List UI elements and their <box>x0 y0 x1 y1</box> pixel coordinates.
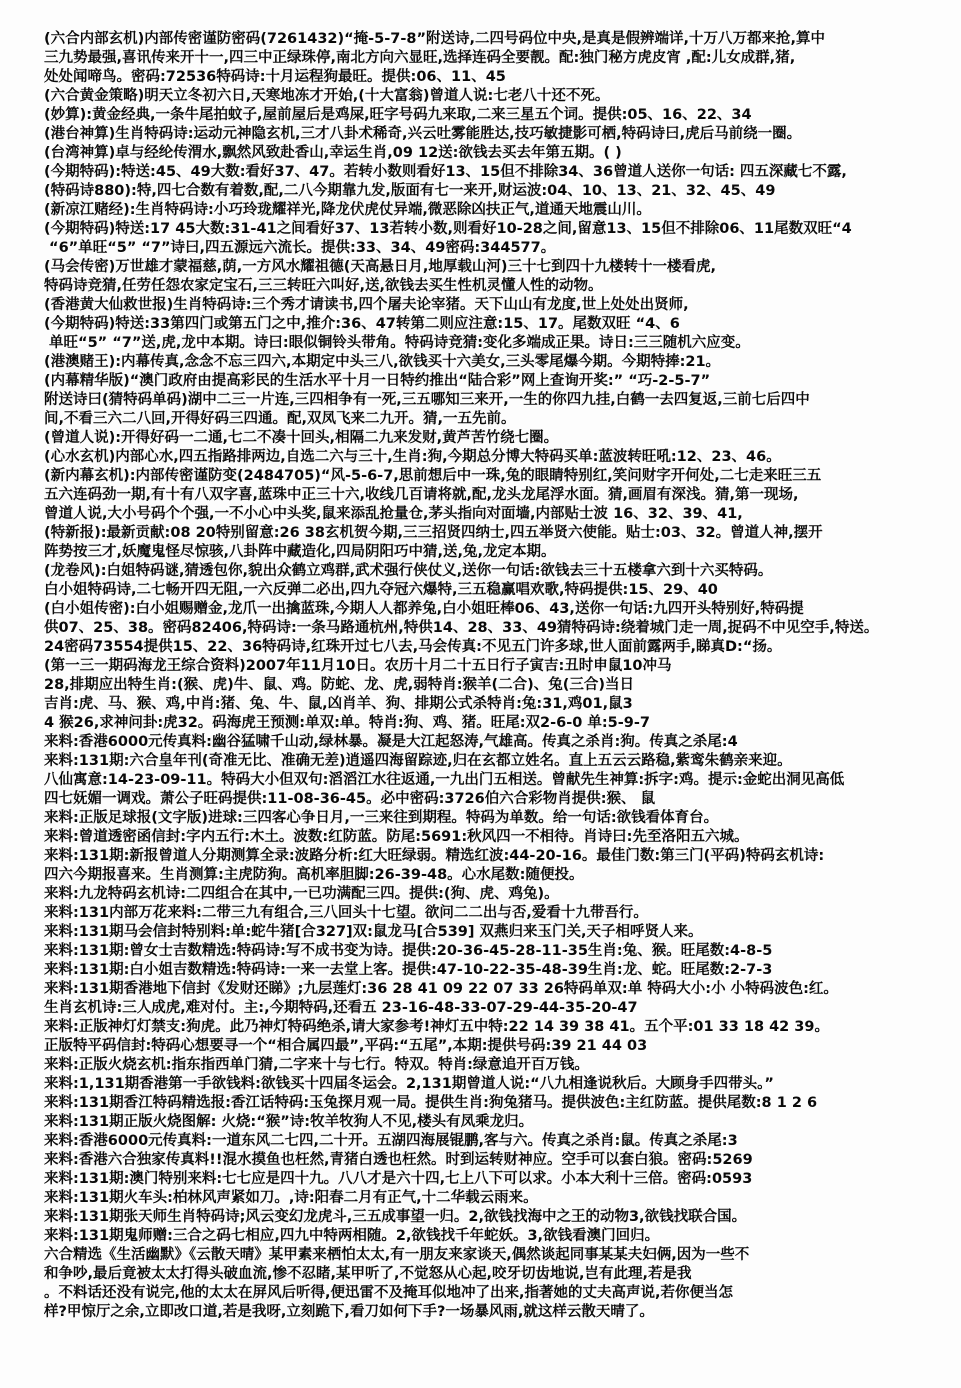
text-line: 来料:香港六合独家传真料!!混水摸鱼也枉然,青猪白透也枉然。时到运转财神应。空手… <box>44 1151 944 1170</box>
text-line: 样?甲惊厅之余,立即改口道,若是我呀,立刻跪下,看刀如何下手?一场暴风雨,就这样… <box>44 1303 944 1322</box>
text-line: 来料:1,131期香港第一手欲钱料:欲钱买十四届冬运会。2,131期曾道人说:“… <box>44 1075 944 1094</box>
text-line: 五六连码劲一期,有十有八双字喜,蓝珠中正三十六,收线几百请将就,配,龙头龙尾浮水… <box>44 486 944 505</box>
text-line: 间,不看三六二八回,开得好码三四通。配,双凤飞来二九开。猜,一五先前。 <box>44 410 944 429</box>
text-line: (六合内部玄机)内部传密谨防密码(7261432)“掩-5-7-8”附送诗,二四… <box>44 30 944 49</box>
text-line: 单旺“5” “7”送,虎,龙中本期。诗曰:眼似铜铃头带角。特码诗竞猜:变化多端成… <box>44 334 944 353</box>
text-line: 来料:香港6000元传真料:幽谷猛啸千山动,绿林暴。凝是大江起怒涛,气雄高。传真… <box>44 733 944 752</box>
text-line: (今期特码)特送:17 45大数:31-41之间看好37、13若转小数,则看好1… <box>44 220 944 239</box>
text-line: (第一三一期码海龙王综合资料)2007年11月10日。农历十月二十五日行子寅吉:… <box>44 657 944 676</box>
text-line: 白小姐特码诗,二七畅开四无阻,一六反弹二必出,四九夺冠六爆特,三五稳赢唱欢歌,特… <box>44 581 944 600</box>
text-line: 28,排期应出特生肖:(猴、虎)牛、鼠、鸡。防蛇、龙、虎,弱特肖:猴羊(二合)、… <box>44 676 944 695</box>
text-line: 阵势按三才,妖魔鬼怪尽惊骇,八卦阵中藏造化,四局阴阳巧中猜,送,兔,龙定本期。 <box>44 543 944 562</box>
text-line: 来料:131期香港地下信封《发财还睇》;九层莲灯:36 28 41 09 22 … <box>44 980 944 999</box>
text-line: (马会传密)万世雄才蒙福慈,荫,一方风水耀祖德(天高悬日月,地厚载山河)三十七到… <box>44 258 944 277</box>
text-line: 附送诗曰(猜特码单码)湖中二三一片连,三四相争有一死,三五哪知三来开,一生的你四… <box>44 391 944 410</box>
text-line: 24密码73554提供15、22、36特码诗,红珠开过七八去,马会传真:不见五门… <box>44 638 944 657</box>
text-line: 曾道人说,大小号码个个强,一不小心中头奖,鼠来添乱抢量仓,茅头指向对面墙,内部贴… <box>44 505 944 524</box>
text-line: 来料:131期正版火烧图解: 火烧:“猴”诗:牧羊牧狗人不见,楼头有凤乘龙归。 <box>44 1113 944 1132</box>
text-line: (白小姐传密):白小姐赐赠金,龙爪一出擒蓝珠,今期人人都养兔,白小姐旺棒06、4… <box>44 600 944 619</box>
text-line: “6”单旺“5” “7”诗曰,四五源远六流长。提供:33、34、49密码:344… <box>44 239 944 258</box>
text-line: 来料:131期:澳门特别来料:七七应是四十九。八八才是六十四,七上八下可以求。小… <box>44 1170 944 1189</box>
text-line: 来料:曾道透密函信封:字内五行:木土。波数:红防蓝。防尾:5691:秋风四一不相… <box>44 828 944 847</box>
text-line: 来料:正版火烧玄机:指东指西单门猜,二字来十与七行。特双。特肖:绿意追开百万钱。 <box>44 1056 944 1075</box>
text-line: (今期特码):特送:45、49大数:看好37、47。若转小数则看好13、15但不… <box>44 163 944 182</box>
text-line: 来料:131期马会信封特别料:单:蛇牛猪[合327]双:鼠龙马[合539] 双燕… <box>44 923 944 942</box>
text-line: 来料:131期:白小姐吉数精选:特码诗:一来一去堂上客。提供:47-10-22-… <box>44 961 944 980</box>
text-line: 来料:131期火车头:柏林风声紧如刀。,诗:阳春二月有正气,十二华载云雨来。 <box>44 1189 944 1208</box>
text-line: 4 猴26,求神问卦:虎32。码海虎王预测:单双:单。特肖:狗、鸡、猪。旺尾:双… <box>44 714 944 733</box>
text-line: (台湾神算)卓与经纶传渭水,飘然风致赴香山,幸运生肖,09 12送:欲钱去买去年… <box>44 144 944 163</box>
text-line: 来料:131期:六合皇年刊(奇准无比、准确无差)逍遥四海留踪迹,归在玄都立姓名。… <box>44 752 944 771</box>
document-page: (六合内部玄机)内部传密谨防密码(7261432)“掩-5-7-8”附送诗,二四… <box>0 0 961 1388</box>
text-line: (心水玄机)内部心水,四五指路排两边,自选二六与三十,生肖:狗,今期总分博大特码… <box>44 448 944 467</box>
text-line: (特新报):最新贡献:08 20特别留意:26 38玄机贺今期,三三招贤四纳士,… <box>44 524 944 543</box>
text-line: (新内幕玄机):内部传密谨防变(2484705)“风-5-6-7,思前想后中一珠… <box>44 467 944 486</box>
text-line: 吉肖:虎、马、猴、鸡,中肖:猪、兔、牛、鼠,凶肖羊、狗、排期公式杀特肖:兔:31… <box>44 695 944 714</box>
text-line: 四六今期报喜来。生肖测算:主虎防狗。高机率胆脚:26-39-48。心水尾数:随便… <box>44 866 944 885</box>
text-line: 来料:正版神灯灯禁支:狗虎。此乃神灯特码绝杀,请大家参考!神灯五中特:22 14… <box>44 1018 944 1037</box>
text-line: (港澳赌王):内幕传真,念念不忘三四六,本期定中头三八,欲钱买十六美女,三头零尾… <box>44 353 944 372</box>
text-line: (妙算):黄金经典,一条牛尾拍蚊子,屋前屋后是鸡屎,旺字号码九来取,二来三星五个… <box>44 106 944 125</box>
text-line: 处处闻啼鸟。密码:72536特码诗:十月运程狗最旺。提供:06、11、45 <box>44 68 944 87</box>
text-line: 。不料话还没有说完,他的太太在屏风后听得,便迅雷不及掩耳似地冲了出来,指著她的丈… <box>44 1284 944 1303</box>
text-line: (六合黄金策略)明天立冬初六日,天寒地冻才开始,(十大富翁)曾道人说:七老八十还… <box>44 87 944 106</box>
text-line: 八仙寓意:14-23-09-11。特码大小但双句:滔滔江水往返通,一九出门五相送… <box>44 771 944 790</box>
text-line: 正版特平码信封:特码心想要寻一个“相合属四最”,平码:“五尾”,本期:提供号码:… <box>44 1037 944 1056</box>
text-line: 和争吵,最后竟被太太打得头破血流,惨不忍睹,某甲听了,不觉怒从心起,咬牙切齿地说… <box>44 1265 944 1284</box>
text-line: (新凉江赌经):生肖特码诗:小巧玲珑耀祥光,降龙伏虎仗异端,微恶除凶扶正气,道通… <box>44 201 944 220</box>
text-line: 来料:131期香江特码精选报:香江话特码:玉兔探月观一局。提供生肖:狗兔猪马。提… <box>44 1094 944 1113</box>
text-line: 来料:香港6000元传真料:一道东风二七四,二十开。五湖四海展锟鹏,客与六。传真… <box>44 1132 944 1151</box>
text-line: 来料:九龙特码玄机诗:二四组合在其中,一已功满配三四。提供:(狗、虎、鸡兔)。 <box>44 885 944 904</box>
text-line: (香港黄大仙救世报)生肖特码诗:三个秀才请读书,四个屠夫论宰猪。天下山山有龙度,… <box>44 296 944 315</box>
text-line: (内幕精华版)“澳门政府由提高彩民的生活水平十月一日特约推出“陆合彩”网上查询开… <box>44 372 944 391</box>
text-line: 来料:131期:新报曾道人分期测算全录:波路分析:红大旺绿弱。精选红波:44-2… <box>44 847 944 866</box>
text-line: (特码诗880):特,四七合数有着数,配,二八今期靠九发,版面有七一来开,财运波… <box>44 182 944 201</box>
text-line: 生肖玄机诗:三人成虎,难对付。主:,今期特码,还看五 23-16-48-33-0… <box>44 999 944 1018</box>
text-line: 三九势最强,喜讯传来开十一,四三中正绿珠停,南北方向六显旺,选择连码全要靓。配:… <box>44 49 944 68</box>
text-line: (今期特码)特送:33第四门或第五门之中,推介:36、47转第二则应注意:15、… <box>44 315 944 334</box>
text-line: 来料:131内部万花来料:二带三九有组合,三八回头十七望。欲问二二出与否,爱看十… <box>44 904 944 923</box>
text-line: (龙卷风):白姐特码谜,猜透包你,貌出众鹤立鸡群,武术强行侠仗义,送你一句话:欲… <box>44 562 944 581</box>
text-line: (港台神算)生肖特码诗:运动元神隐玄机,三才八卦术稀奇,兴云吐雾能胜达,技巧敏捷… <box>44 125 944 144</box>
text-line: 四七妩媚一调戏。萧公子旺码提供:11-08-36-45。必中密码:3726伯六合… <box>44 790 944 809</box>
text-line: 来料:131期张天师生肖特码诗;风云变幻龙虎斗,三五成事望一归。2,欲钱找海中之… <box>44 1208 944 1227</box>
text-line: (曾道人说):开得好码一二通,七二不凑十回头,相隔二九来发财,黄芦苦竹绕七圈。 <box>44 429 944 448</box>
text-line: 特码诗竞猜,任劳任怨农家定宝石,三三转旺六叫好,送,欲钱去买生性机灵懂人性的动物… <box>44 277 944 296</box>
text-line: 来料:131期鬼师赠:三合之码七相应,四九中特两相随。2,欲钱找千年蛇妖。3,欲… <box>44 1227 944 1246</box>
text-line: 供07、25、38。密码82406,特码诗:一条马路通杭州,特供14、28、33… <box>44 619 944 638</box>
text-line: 六合精选《生活幽默》《云散天晴》某甲素来栖怕太太,有一朋友来家谈天,偶然谈起同事… <box>44 1246 944 1265</box>
document-body: (六合内部玄机)内部传密谨防密码(7261432)“掩-5-7-8”附送诗,二四… <box>44 30 944 1322</box>
text-line: 来料:131期:曾女士吉数精选:特码诗:写不成书变为诗。提供:20-36-45-… <box>44 942 944 961</box>
text-line: 来料:正版足球报(文字版)进球:三四客心争日月,一三来往到期程。特码为单数。给一… <box>44 809 944 828</box>
